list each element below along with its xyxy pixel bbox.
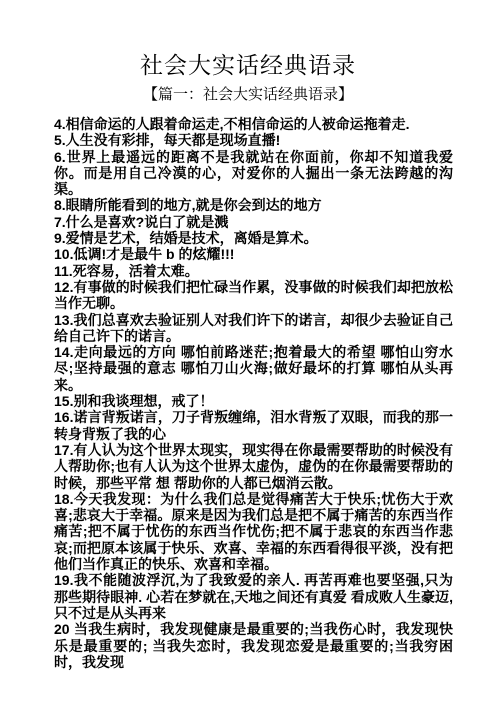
page-title: 社会大实话经典语录 — [0, 0, 496, 81]
quote-line: 10.低调!才是最牛 b 的炫耀!!! — [54, 246, 453, 262]
quote-line: 5.人生没有彩排，每天都是现场直播! — [54, 132, 453, 148]
quote-line: 6.世界上最遥远的距离不是我就站在你面前，你却不知道我爱你。而是用自己冷漠的心，… — [54, 149, 453, 198]
quote-line: 13.我们总喜欢去验证别人对我们许下的诺言，却很少去验证自己给自己许下的诺言。 — [54, 312, 453, 345]
quote-line: 18.今天我发现：为什么我们总是觉得痛苦大于快乐;忧伤大于欢喜;悲哀大于幸福。原… — [54, 491, 453, 572]
quote-line: 19.我不能随波浮沉,为了我致爱的亲人. 再苦再难也要坚强,只为那些期待眼神. … — [54, 572, 453, 621]
quote-line: 12.有事做的时候我们把忙碌当作累，没事做的时候我们却把放松当作无聊。 — [54, 279, 453, 312]
document-page: 社会大实话经典语录 【篇一：社会大实话经典语录】 4.相信命运的人跟着命运走,不… — [0, 0, 496, 702]
quote-line: 7.什么是喜欢?说白了就是溅 — [54, 214, 453, 230]
quote-line: 11.死容易，活着太难。 — [54, 263, 453, 279]
quote-line: 9.爱情是艺术，结婚是技术，离婚是算术。 — [54, 230, 453, 246]
quote-line: 15.别和我谈理想，戒了！ — [54, 393, 453, 409]
quote-line: 16.诺言背叛诺言，刀子背叛缠绵，泪水背叛了双眼，而我的那一转身背叛了我的心 — [54, 409, 453, 442]
quote-line: 8.眼睛所能看到的地方,就是你会到达的地方 — [54, 197, 453, 213]
quote-line: 14.走向最远的方向 哪怕前路迷茫;抱着最大的希望 哪怕山穷水尽;坚持最强的意志… — [54, 344, 453, 393]
quote-list: 4.相信命运的人跟着命运走,不相信命运的人被命运拖着走. 5.人生没有彩排，每天… — [54, 116, 453, 670]
quote-line: 20 当我生病时，我发现健康是最重要的;当我伤心时，我发现快乐是最重要的; 当我… — [54, 621, 453, 670]
quote-line: 4.相信命运的人跟着命运走,不相信命运的人被命运拖着走. — [54, 116, 453, 132]
quote-line: 17.有人认为这个世界太现实，现实得在你最需要帮助的时候没有人帮助你;也有人认为… — [54, 442, 453, 491]
page-subtitle: 【篇一：社会大实话经典语录】 — [0, 85, 496, 105]
